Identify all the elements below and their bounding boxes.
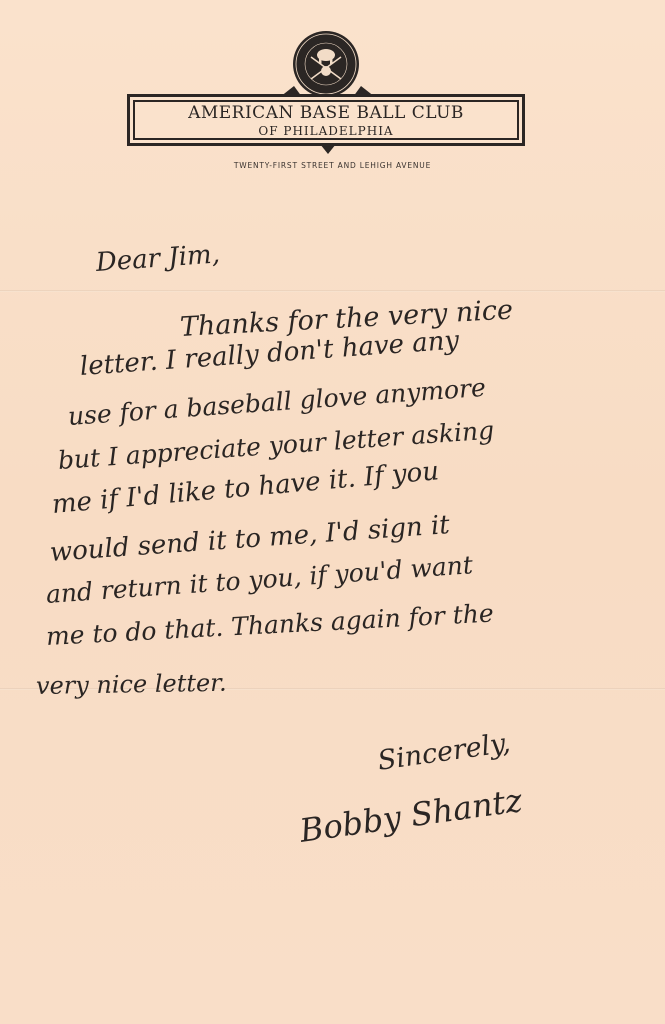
fold-line-top — [0, 290, 665, 292]
club-name: AMERICAN BASE BALL CLUB — [130, 103, 522, 123]
banner-bottom-ornament-icon — [318, 144, 338, 156]
club-address: TWENTY-FIRST STREET AND LEHIGH AVENUE — [0, 161, 665, 170]
club-name-banner: AMERICAN BASE BALL CLUB OF PHILADELPHIA — [127, 94, 525, 146]
club-city: OF PHILADELPHIA — [130, 124, 522, 138]
body-line-9: very nice letter. — [36, 669, 227, 700]
letterhead: AMERICAN BASE BALL CLUB OF PHILADELPHIA … — [0, 0, 665, 180]
